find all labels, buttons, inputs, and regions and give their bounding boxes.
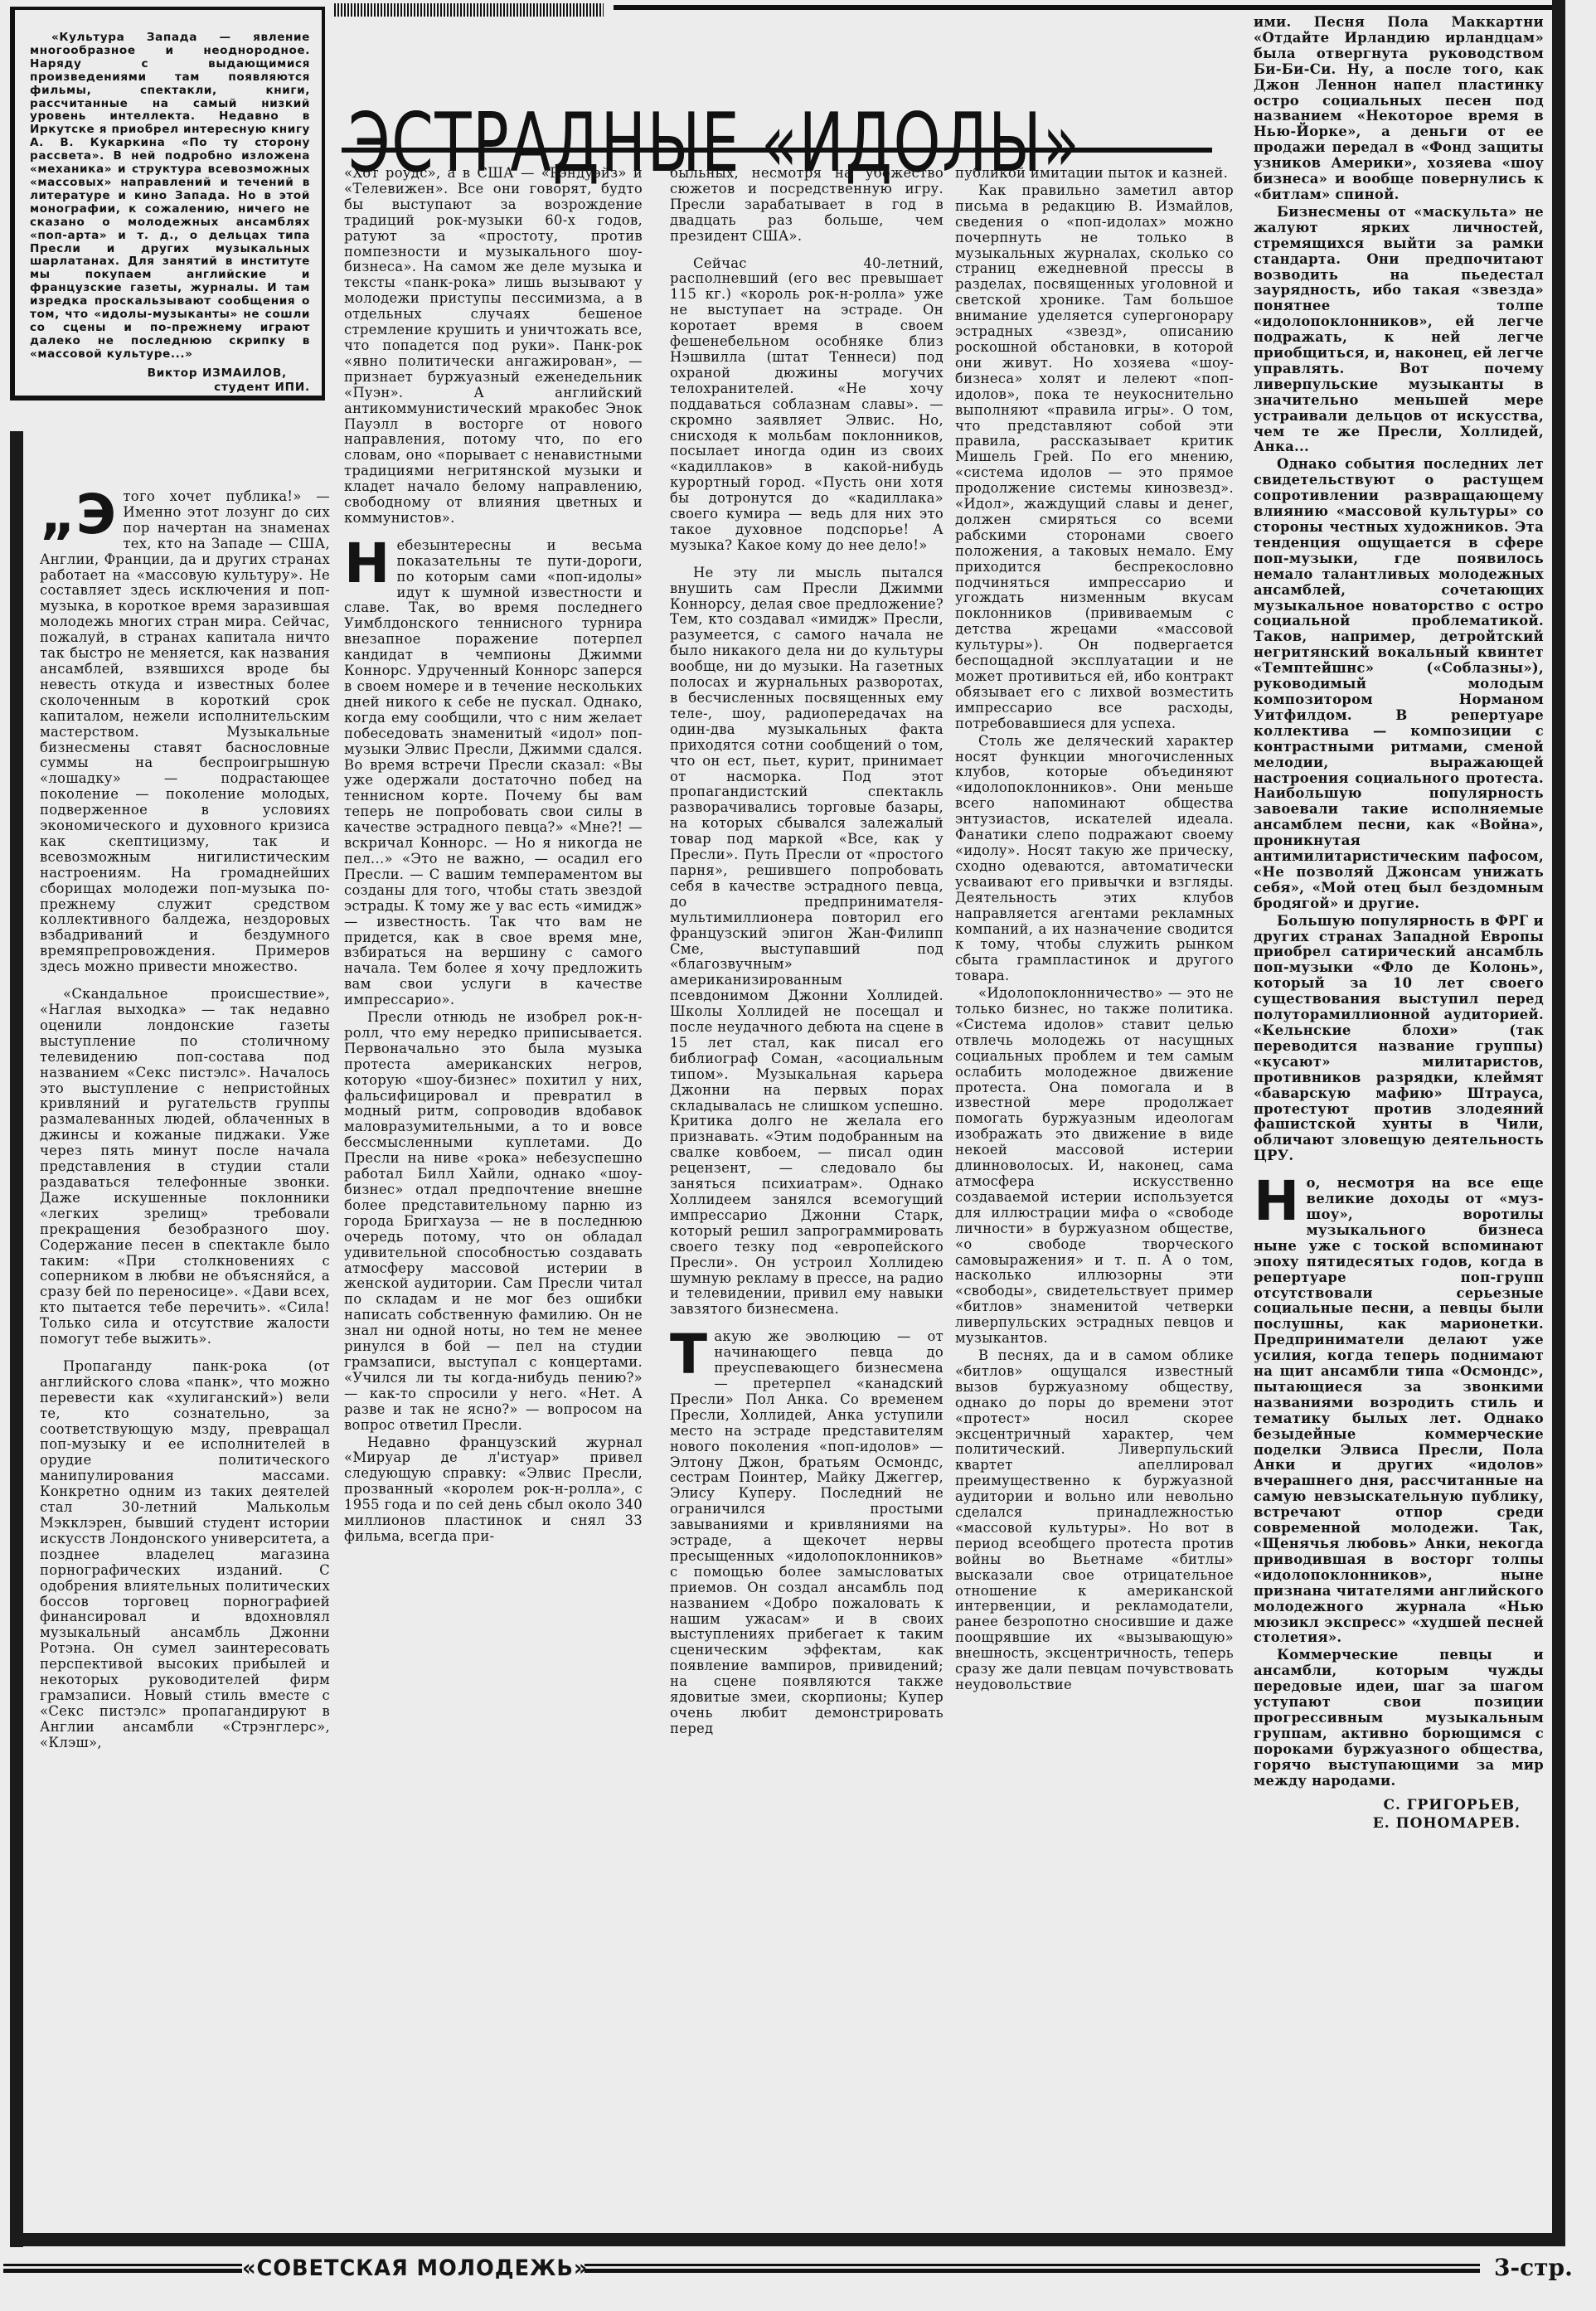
paragraph: Не эту ли мысль пытался внушить сам Прес… — [670, 566, 944, 1318]
article-column-4: публикой имитации пыток и казней. Как пр… — [955, 166, 1234, 1693]
frame-border-right — [1552, 0, 1565, 2246]
article-column-3: быльных, несмотря на убожество сюжетов и… — [670, 166, 944, 1737]
decorative-hatch-rule — [334, 3, 604, 17]
drop-cap: „Э — [40, 493, 116, 537]
letter-author: Виктор ИЗМАИЛОВ, — [30, 367, 287, 381]
frame-border-bottom — [10, 2233, 1565, 2246]
paragraph: Коммерческие певцы и ансамбли, которым ч… — [1254, 1648, 1544, 1789]
letter-author-title: студент ИПИ. — [30, 381, 310, 395]
paragraph: Бизнесмены от «маскульта» не жалуют ярки… — [1254, 205, 1544, 456]
page-footer: «СОВЕТСКАЯ МОЛОДЕЖЬ» 3-стр. — [0, 2255, 1596, 2289]
newspaper-page: «Культура Запада — явление многообразное… — [0, 0, 1596, 2311]
frame-border-left — [10, 431, 23, 2247]
paragraph: Пресли отнюдь не изобрел рок-н-ролл, что… — [344, 1010, 643, 1433]
author-1: С. ГРИГОРЬЕВ, — [1254, 1796, 1521, 1814]
paragraph: Но, несмотря на все еще великие доходы о… — [1254, 1176, 1544, 1646]
page-number: 3-стр. — [1494, 2254, 1573, 2282]
paragraph: «Идолопоклонничество» — это не только би… — [955, 986, 1234, 1347]
paragraph: ими. Песня Пола Маккартни «Отдайте Ирлан… — [1254, 15, 1544, 203]
footer-rule-left — [3, 2264, 242, 2273]
paragraph: «Скандальное происшествие», «Наглая выхо… — [40, 987, 330, 1347]
newspaper-name: «СОВЕТСКАЯ МОЛОДЕЖЬ» — [242, 2255, 588, 2282]
reader-letter-signature: Виктор ИЗМАИЛОВ, студент ИПИ. — [30, 367, 310, 395]
footer-rule-right — [585, 2264, 1480, 2273]
paragraph: Пропаганду панк-рока (от английского сло… — [40, 1359, 330, 1751]
paragraph: Такую же эволюцию — от начинающего певца… — [670, 1329, 944, 1737]
author-2: Е. ПОНОМАРЕВ. — [1254, 1814, 1521, 1833]
paragraph: быльных, несмотря на убожество сюжетов и… — [670, 166, 944, 245]
paragraph: Недавно французский журнал «Мируар де л'… — [344, 1435, 643, 1545]
paragraph: «Хот роудс», а в США — «Рэндуэйз» и «Тел… — [344, 166, 643, 527]
article-column-1: „Этого хочет публика!» — Именно этот лоз… — [40, 489, 330, 1751]
drop-cap: Н — [344, 541, 391, 586]
headline-rule — [342, 148, 1212, 153]
paragraph: Сейчас 40-летний, располневший (его вес … — [670, 256, 944, 554]
paragraph: Небезынтересны и весьма показательны те … — [344, 538, 643, 1008]
article-column-2: «Хот роудс», а в США — «Рэндуэйз» и «Тел… — [344, 166, 643, 1545]
paragraph: публикой имитации пыток и казней. — [955, 166, 1234, 182]
top-rule — [614, 5, 1553, 10]
article-authors: С. ГРИГОРЬЕВ, Е. ПОНОМАРЕВ. — [1254, 1796, 1521, 1833]
drop-cap: Н — [1254, 1179, 1300, 1224]
paragraph: В песнях, да и в самом облике «битлов» о… — [955, 1348, 1234, 1693]
paragraph: Большую популярность в ФРГ и других стра… — [1254, 914, 1544, 1165]
article-column-5: ими. Песня Пола Маккартни «Отдайте Ирлан… — [1254, 15, 1544, 1833]
paragraph: Столь же деляческий характер носят функц… — [955, 734, 1234, 985]
paragraph: „Этого хочет публика!» — Именно этот лоз… — [40, 489, 330, 975]
reader-letter-box: «Культура Запада — явление многообразное… — [10, 7, 325, 401]
drop-cap: Т — [670, 1333, 707, 1377]
paragraph: Как правильно заметил автор письма в ред… — [955, 183, 1234, 732]
paragraph: Однако события последних лет свидетельст… — [1254, 457, 1544, 911]
reader-letter-text: «Культура Запада — явление многообразное… — [30, 32, 310, 362]
